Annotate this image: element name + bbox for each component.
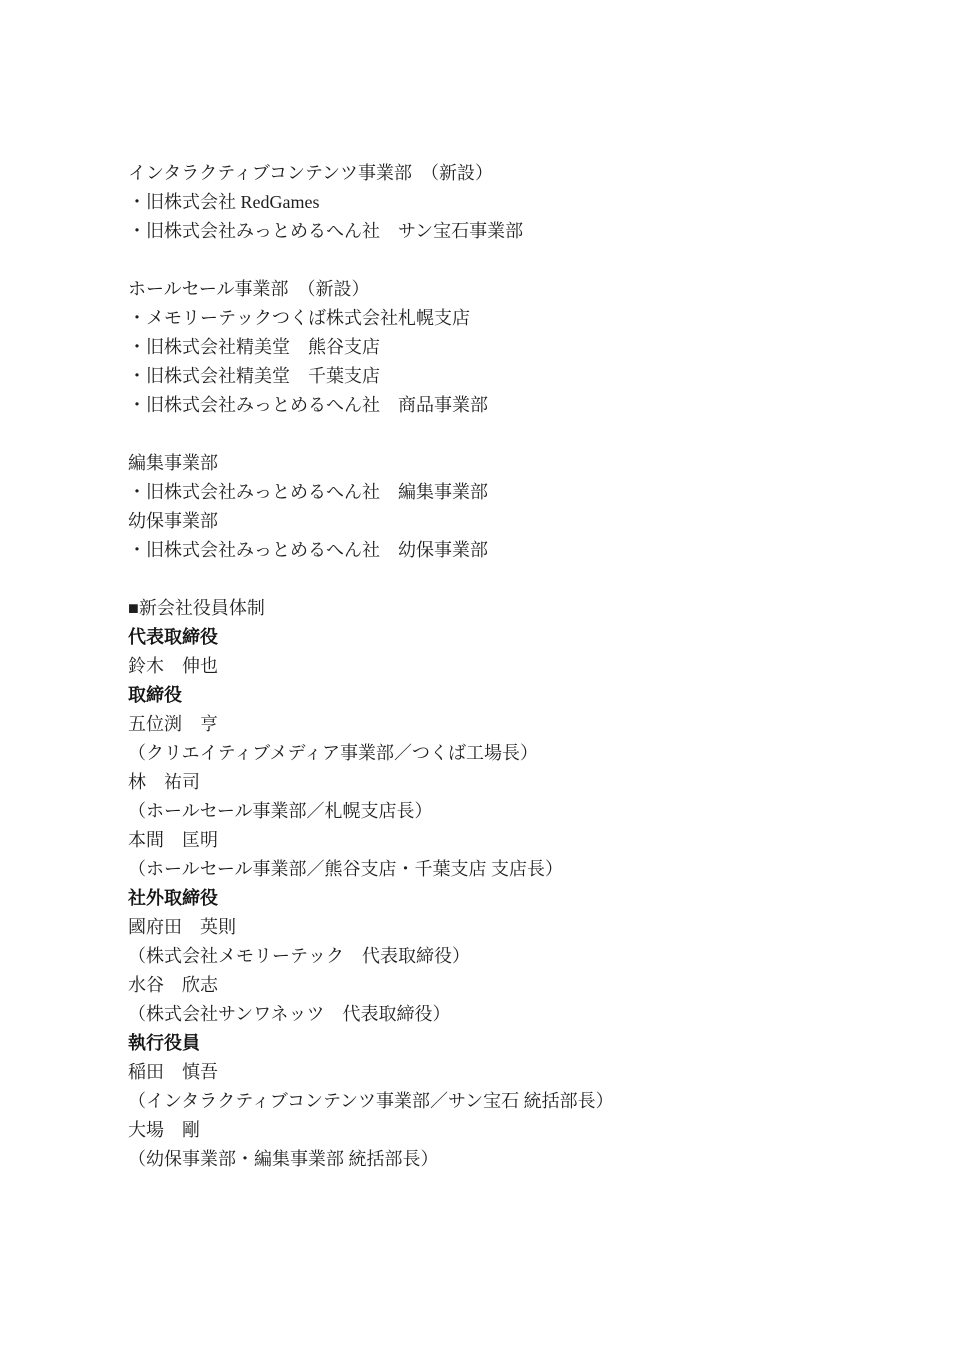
officer-name-hayashi: 林 祐司 xyxy=(128,768,900,797)
officer-name-oba: 大場 剛 xyxy=(128,1116,900,1145)
document-page: インタラクティブコンテンツ事業部 （新設）・旧株式会社 RedGames・旧株式… xyxy=(0,0,960,1358)
role-heading-executive-officer: 執行役員 xyxy=(128,1029,900,1058)
spacer xyxy=(128,420,900,449)
spacer xyxy=(128,246,900,275)
officer-title-hayashi: （ホールセール事業部／札幌支店長） xyxy=(128,797,900,826)
officer-name-goibuchi: 五位渕 亨 xyxy=(128,710,900,739)
bullet-former-mittomeruhen-sunhoseki: ・旧株式会社みっとめるへん社 サン宝石事業部 xyxy=(128,217,900,246)
officer-name-inada: 稲田 慎吾 xyxy=(128,1058,900,1087)
role-heading-representative-director: 代表取締役 xyxy=(128,623,900,652)
bullet-former-mittomeruhen-shohin: ・旧株式会社みっとめるへん社 商品事業部 xyxy=(128,391,900,420)
role-heading-outside-director: 社外取締役 xyxy=(128,884,900,913)
spacer xyxy=(128,565,900,594)
dept-title-wholesale: ホールセール事業部 （新設） xyxy=(128,275,900,304)
dept-title-interactive-contents: インタラクティブコンテンツ事業部 （新設） xyxy=(128,159,900,188)
officer-title-oba: （幼保事業部・編集事業部 統括部長） xyxy=(128,1145,900,1174)
officer-title-goibuchi: （クリエイティブメディア事業部／つくば工場長） xyxy=(128,739,900,768)
officer-title-homma: （ホールセール事業部／熊谷支店・千葉支店 支店長） xyxy=(128,855,900,884)
bullet-former-mittomeruhen-henshu: ・旧株式会社みっとめるへん社 編集事業部 xyxy=(128,478,900,507)
bullet-former-seibido-chiba: ・旧株式会社精美堂 千葉支店 xyxy=(128,362,900,391)
officer-name-mizutani: 水谷 欣志 xyxy=(128,971,900,1000)
bullet-former-redgames: ・旧株式会社 RedGames xyxy=(128,188,900,217)
bullet-memorytech-tsukuba-sapporo: ・メモリーテックつくば株式会社札幌支店 xyxy=(128,304,900,333)
dept-title-yoho: 幼保事業部 xyxy=(128,507,900,536)
officer-title-inada: （インタラクティブコンテンツ事業部／サン宝石 統括部長） xyxy=(128,1087,900,1116)
bullet-former-seibido-kumagaya: ・旧株式会社精美堂 熊谷支店 xyxy=(128,333,900,362)
section-heading-new-company-officers: ■新会社役員体制 xyxy=(128,594,900,623)
document-body: インタラクティブコンテンツ事業部 （新設）・旧株式会社 RedGames・旧株式… xyxy=(128,159,900,1174)
officer-title-mizutani: （株式会社サンワネッツ 代表取締役） xyxy=(128,1000,900,1029)
officer-name-homma: 本間 匡明 xyxy=(128,826,900,855)
officer-name-suzuki: 鈴木 伸也 xyxy=(128,652,900,681)
bullet-former-mittomeruhen-yoho: ・旧株式会社みっとめるへん社 幼保事業部 xyxy=(128,536,900,565)
role-heading-director: 取締役 xyxy=(128,681,900,710)
dept-title-henshu: 編集事業部 xyxy=(128,449,900,478)
officer-title-kouda: （株式会社メモリーテック 代表取締役） xyxy=(128,942,900,971)
officer-name-kouda: 國府田 英則 xyxy=(128,913,900,942)
